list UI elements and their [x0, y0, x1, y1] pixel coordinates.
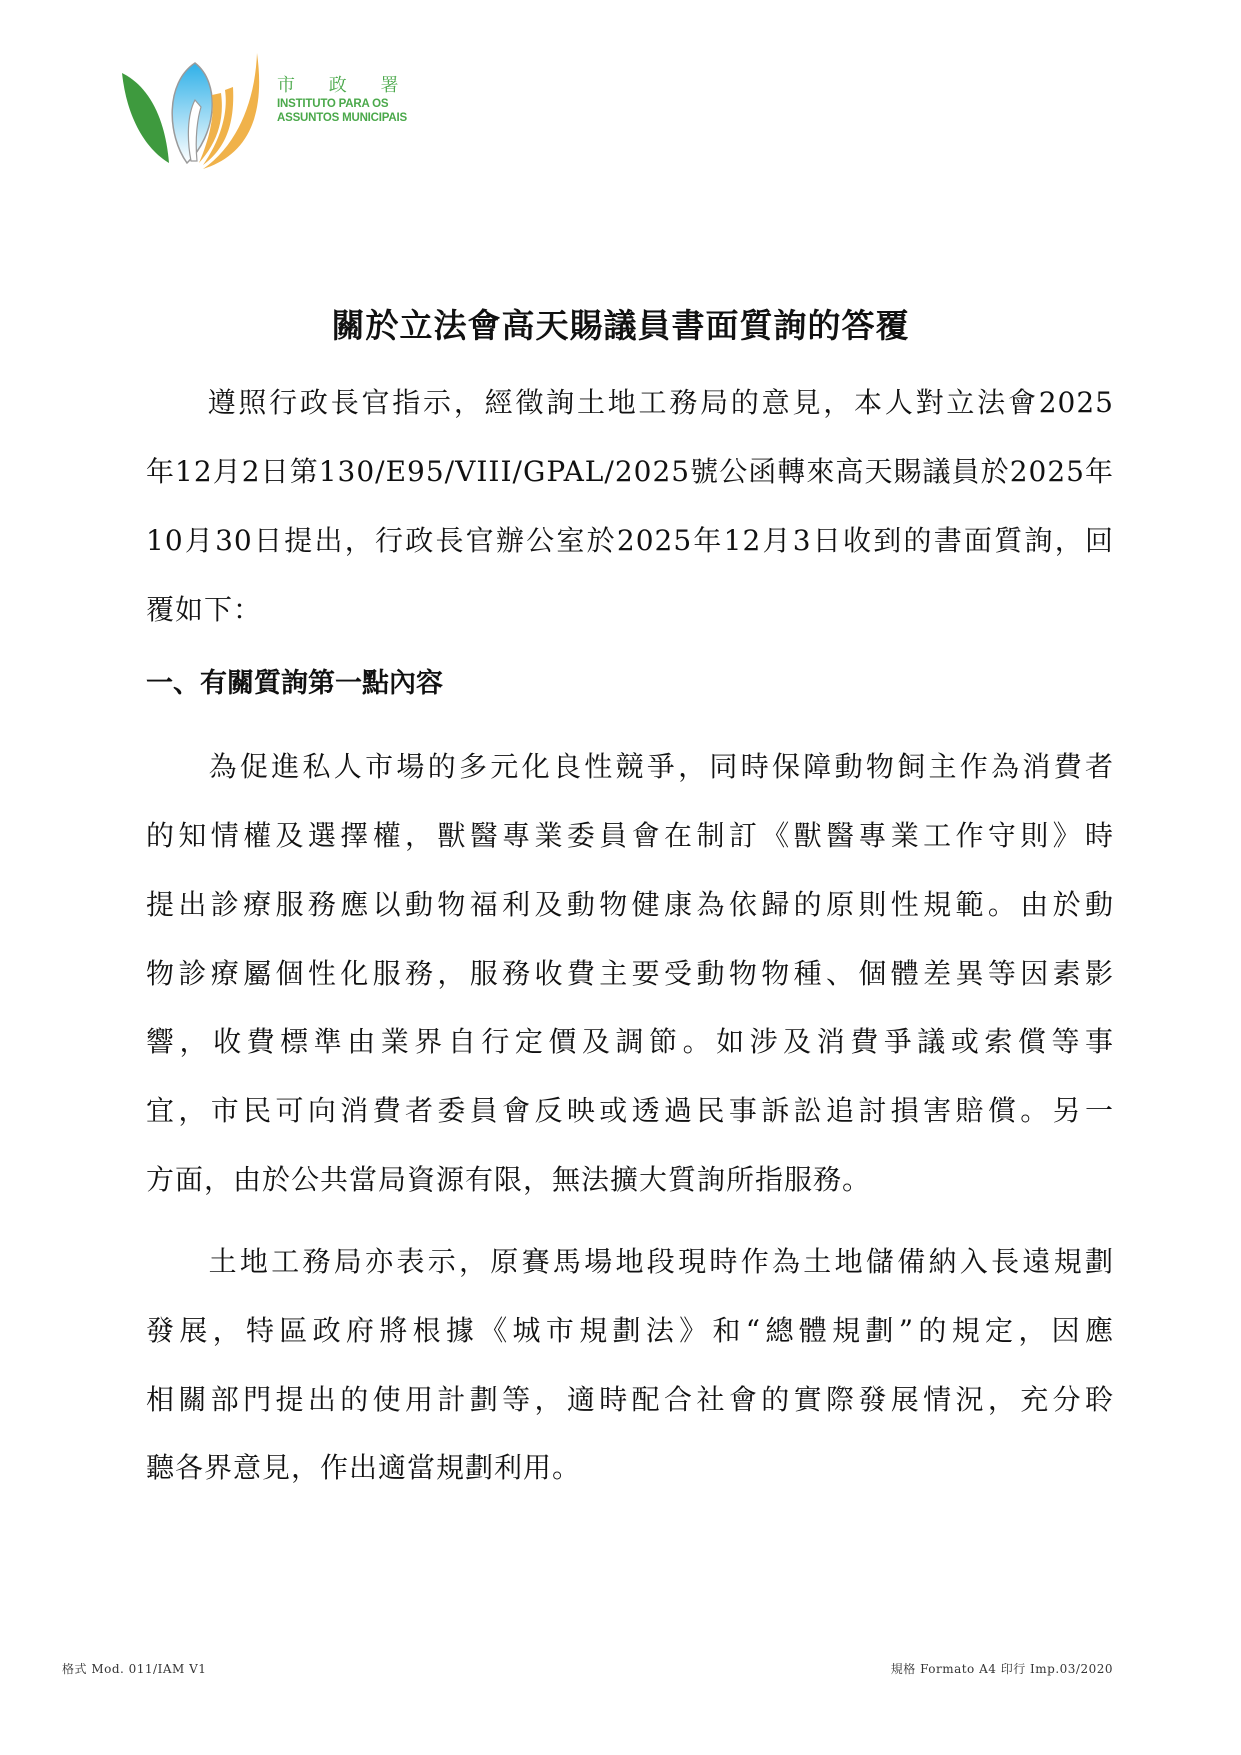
- intro-line: 覆如下：: [146, 590, 1114, 630]
- paragraph1-line: 宜，市民可向消費者委員會反映或透過民事訴訟追討損害賠償。另一: [146, 1091, 1114, 1131]
- section-heading: 一、有關質詢第一點內容: [146, 664, 443, 704]
- paragraph1-line: 提出診療服務應以動物福利及動物健康為依歸的原則性規範。由於動: [146, 885, 1114, 925]
- logo-text: 市 政 署 INSTITUTO PARA OS ASSUNTOS MUNICIP…: [277, 75, 412, 125]
- intro-line: 遵照行政長官指示，經徵詢土地工務局的意見，本人對立法會2025: [146, 383, 1114, 423]
- paragraph1-line: 物診療屬個性化服務，服務收費主要受動物物種、個體差異等因素影: [146, 954, 1114, 994]
- intro-line: 年12月2日第130/E95/VIII/GPAL/2025號公函轉來高天賜議員於…: [146, 452, 1114, 492]
- intro-line: 10月30日提出，行政長官辦公室於2025年12月3日收到的書面質詢，回: [146, 521, 1114, 561]
- logo-chinese-name: 市 政 署: [277, 75, 412, 97]
- paragraph2-line: 土地工務局亦表示，原賽馬場地段現時作為土地儲備納入長遠規劃: [146, 1242, 1114, 1282]
- iam-logo: 市 政 署 INSTITUTO PARA OS ASSUNTOS MUNICIP…: [117, 45, 417, 180]
- paragraph2-line: 相關部門提出的使用計劃等，適時配合社會的實際發展情況，充分聆: [146, 1380, 1114, 1420]
- logo-portuguese-line2: ASSUNTOS MUNICIPAIS: [277, 111, 412, 125]
- logo-portuguese-line1: INSTITUTO PARA OS: [277, 97, 412, 111]
- paragraph1-line: 響，收費標準由業界自行定價及調節。如涉及消費爭議或索償等事: [146, 1022, 1114, 1062]
- paragraph1-line: 的知情權及選擇權，獸醫專業委員會在制訂《獸醫專業工作守則》時: [146, 816, 1114, 856]
- paragraph2-line: 聽各界意見，作出適當規劃利用。: [146, 1448, 1114, 1488]
- footer-form-code: 格式 Mod. 011/IAM V1: [62, 1660, 206, 1677]
- footer-print-info: 規格 Formato A4 印行 Imp.03/2020: [891, 1660, 1113, 1677]
- paragraph2-line: 發展，特區政府將根據《城市規劃法》和“總體規劃”的規定，因應: [146, 1311, 1114, 1351]
- document-title: 關於立法會高天賜議員書面質詢的答覆: [0, 300, 1241, 347]
- paragraph1-line: 方面，由於公共當局資源有限，無法擴大質詢所指服務。: [146, 1160, 1114, 1200]
- lotus-emblem-icon: [117, 45, 277, 180]
- paragraph1-line: 為促進私人市場的多元化良性競爭，同時保障動物飼主作為消費者: [146, 747, 1114, 787]
